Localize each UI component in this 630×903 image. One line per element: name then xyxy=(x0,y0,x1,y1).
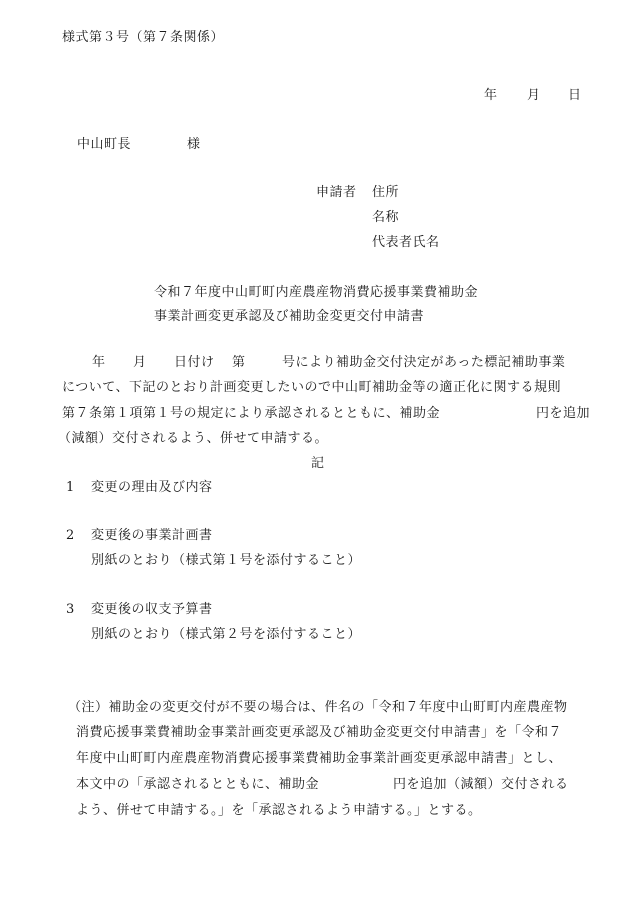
item-3-title: 変更後の収支予算書 xyxy=(91,602,213,618)
date-day: 日 xyxy=(568,88,582,104)
item-2-detail: 別紙のとおり（様式第１号を添付すること） xyxy=(91,553,361,569)
body-line1-rest: 号により補助金交付決定があった標記補助事業 xyxy=(282,355,565,371)
ki-heading: 記 xyxy=(311,456,325,472)
item-2-number: 2 xyxy=(66,528,75,544)
form-number: 様式第３号（第７条関係） xyxy=(62,30,224,46)
item-1-number: 1 xyxy=(66,480,75,496)
body-month: 月 xyxy=(133,355,147,371)
item-3-number: 3 xyxy=(66,602,75,618)
note-line5: よう、併せて申請する。」を「承認されるよう申請する。」とする。 xyxy=(76,803,482,819)
item-2-title: 変更後の事業計画書 xyxy=(91,528,213,544)
document-title-line2: 事業計画変更承認及び補助金変更交付申請書 xyxy=(154,309,424,325)
body-day: 日付け xyxy=(174,355,215,371)
note-line1: （注）補助金の変更交付が不要の場合は、件名の「令和７年度中山町町内産農産物 xyxy=(68,700,568,716)
date-month: 月 xyxy=(527,88,541,104)
applicant-representative-label: 代表者氏名 xyxy=(372,235,440,251)
body-line3: 第７条第１項第１号の規定により承認されるとともに、補助金 xyxy=(62,406,440,422)
body-line4: （減額）交付されるよう、併せて申請する。 xyxy=(58,431,328,447)
body-line3-yen: 円を追加 xyxy=(536,406,590,422)
body-dai: 第 xyxy=(232,355,246,371)
body-year: 年 xyxy=(92,355,106,371)
addressee-name: 中山町長 xyxy=(77,137,131,153)
note-line3: 年度中山町町内産農産物消費応援事業費補助金事業計画変更承認申請書」とし、 xyxy=(76,751,562,767)
note-line4: 本文中の「承認されるとともに、補助金 xyxy=(76,777,319,793)
note-line4-yen: 円を追加（減額）交付される xyxy=(393,777,569,793)
note-line2: 消費応援事業費補助金事業計画変更承認及び補助金変更交付申請書」を「令和７ xyxy=(76,725,562,741)
item-3-detail: 別紙のとおり（様式第２号を添付すること） xyxy=(91,627,361,643)
date-year: 年 xyxy=(484,88,498,104)
item-1-title: 変更の理由及び内容 xyxy=(91,480,213,496)
addressee-honorific: 様 xyxy=(187,137,201,153)
applicant-address-label: 住所 xyxy=(372,185,399,201)
applicant-name-label: 名称 xyxy=(372,210,399,226)
document-title-line1: 令和７年度中山町町内産農産物消費応援事業費補助金 xyxy=(154,285,478,301)
applicant-label: 申請者 xyxy=(316,185,357,201)
body-line2: について、下記のとおり計画変更したいので中山町補助金等の適正化に関する規則 xyxy=(62,380,561,396)
